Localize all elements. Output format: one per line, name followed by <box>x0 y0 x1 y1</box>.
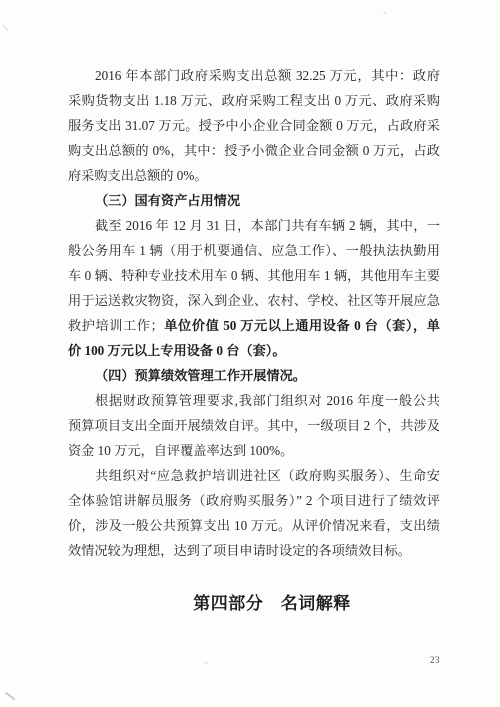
scan-artifact-bottom-left <box>5 692 16 701</box>
scanned-document-page: 2016 年本部门政府采购支出总额 32.25 万元，其中：政府 采购货物支出 … <box>0 0 500 707</box>
text-segment: 车 0 辆、特种专业技术用车 0 辆、其他用车 1 辆，其他用车主要 <box>68 268 440 283</box>
text-segment: 全体验馆讲解员服务（政府购买服务）” 2 个项目进行了绩效评 <box>68 493 440 508</box>
text-segment: 用于运送救灾物资，深入到企业、农村、学校、社区等开展应急 <box>68 293 440 308</box>
text-line: 资金 10 万元，自评覆盖率达到 100%。 <box>68 438 440 463</box>
text-segment: 共组织对“应急救护培训进社区（政府购买服务）、生命安 <box>95 468 440 483</box>
text-segment: 截至 2016 年 12 月 31 日，本部门共有车辆 2 辆，其中，一 <box>95 218 440 233</box>
text-segment: 根据财政预算管理要求,我部门组织对 2016 年度一般公共 <box>95 393 440 408</box>
text-segment: 服务支出 31.07 万元。授予中小企业合同金额 0 万元，占政府采 <box>68 118 440 133</box>
heading-text: （四）预算绩效管理工作开展情况。 <box>95 368 306 383</box>
text-line: 全体验馆讲解员服务（政府购买服务）” 2 个项目进行了绩效评 <box>68 488 440 513</box>
page-number: 23 <box>430 655 440 665</box>
heading-text: （三）国有资产占用情况 <box>95 193 240 208</box>
emphasized-text-segment: 单位价值 50 万元以上通用设备 0 台（套），单 <box>164 318 440 333</box>
text-line: 价，涉及一般公共预算支出 10 万元。从评价情况来看，支出绩 <box>68 513 440 538</box>
text-segment: 购支出总额的 0%，其中：授予小微企业合同金额 0 万元，占政 <box>68 143 440 158</box>
scan-speck <box>204 661 208 664</box>
text-segment: 价，涉及一般公共预算支出 10 万元。从评价情况来看，支出绩 <box>68 518 440 533</box>
text-line: 2016 年本部门政府采购支出总额 32.25 万元，其中：政府 <box>68 63 440 88</box>
text-line: 救护培训工作；单位价值 50 万元以上通用设备 0 台（套），单 <box>68 313 440 338</box>
text-line: 根据财政预算管理要求,我部门组织对 2016 年度一般公共 <box>68 388 440 413</box>
scan-speck <box>383 12 386 14</box>
text-line: 共组织对“应急救护培训进社区（政府购买服务）、生命安 <box>68 463 440 488</box>
text-line: 般公务用车 1 辆（用于机要通信、应急工作）、一般执法执勤用 <box>68 238 440 263</box>
text-line: 截至 2016 年 12 月 31 日，本部门共有车辆 2 辆，其中，一 <box>68 213 440 238</box>
text-line: 购支出总额的 0%，其中：授予小微企业合同金额 0 万元，占政 <box>68 138 440 163</box>
text-segment: 预算项目支出全面开展绩效自评。其中，一级项目 2 个，共涉及 <box>68 418 440 433</box>
text-segment: 般公务用车 1 辆（用于机要通信、应急工作）、一般执法执勤用 <box>68 243 440 258</box>
text-line: 效情况较为理想，达到了项目申请时设定的各项绩效目标。 <box>68 538 440 563</box>
text-segment: 效情况较为理想，达到了项目申请时设定的各项绩效目标。 <box>68 543 411 558</box>
scan-artifact-top-left <box>2 24 10 32</box>
text-segment: 2016 年本部门政府采购支出总额 32.25 万元，其中：政府 <box>95 68 440 83</box>
text-segment: 采购货物支出 1.18 万元、政府采购工程支出 0 万元、政府采购 <box>68 93 440 108</box>
text-segment: 救护培训工作； <box>68 318 164 333</box>
part-heading: 第四部分 名词解释 <box>86 589 458 614</box>
text-line: 采购货物支出 1.18 万元、政府采购工程支出 0 万元、政府采购 <box>68 88 440 113</box>
text-segment: 价 100 万元以上专用设备 0 台（套）。 <box>68 343 286 358</box>
text-line: 车 0 辆、特种专业技术用车 0 辆、其他用车 1 辆，其他用车主要 <box>68 263 440 288</box>
text-line: 府采购支出总额的 0%。 <box>68 163 440 188</box>
text-segment: 府采购支出总额的 0%。 <box>68 168 208 183</box>
document-text-block: 2016 年本部门政府采购支出总额 32.25 万元，其中：政府 采购货物支出 … <box>68 63 440 563</box>
text-segment: 资金 10 万元，自评覆盖率达到 100%。 <box>68 443 293 458</box>
text-line: 服务支出 31.07 万元。授予中小企业合同金额 0 万元，占政府采 <box>68 113 440 138</box>
subsection-heading-budget-performance: （四）预算绩效管理工作开展情况。 <box>68 363 440 388</box>
emphasized-text-line: 价 100 万元以上专用设备 0 台（套）。 <box>68 338 440 363</box>
text-line: 预算项目支出全面开展绩效自评。其中，一级项目 2 个，共涉及 <box>68 413 440 438</box>
subsection-heading-state-assets: （三）国有资产占用情况 <box>68 188 440 213</box>
text-line: 用于运送救灾物资，深入到企业、农村、学校、社区等开展应急 <box>68 288 440 313</box>
